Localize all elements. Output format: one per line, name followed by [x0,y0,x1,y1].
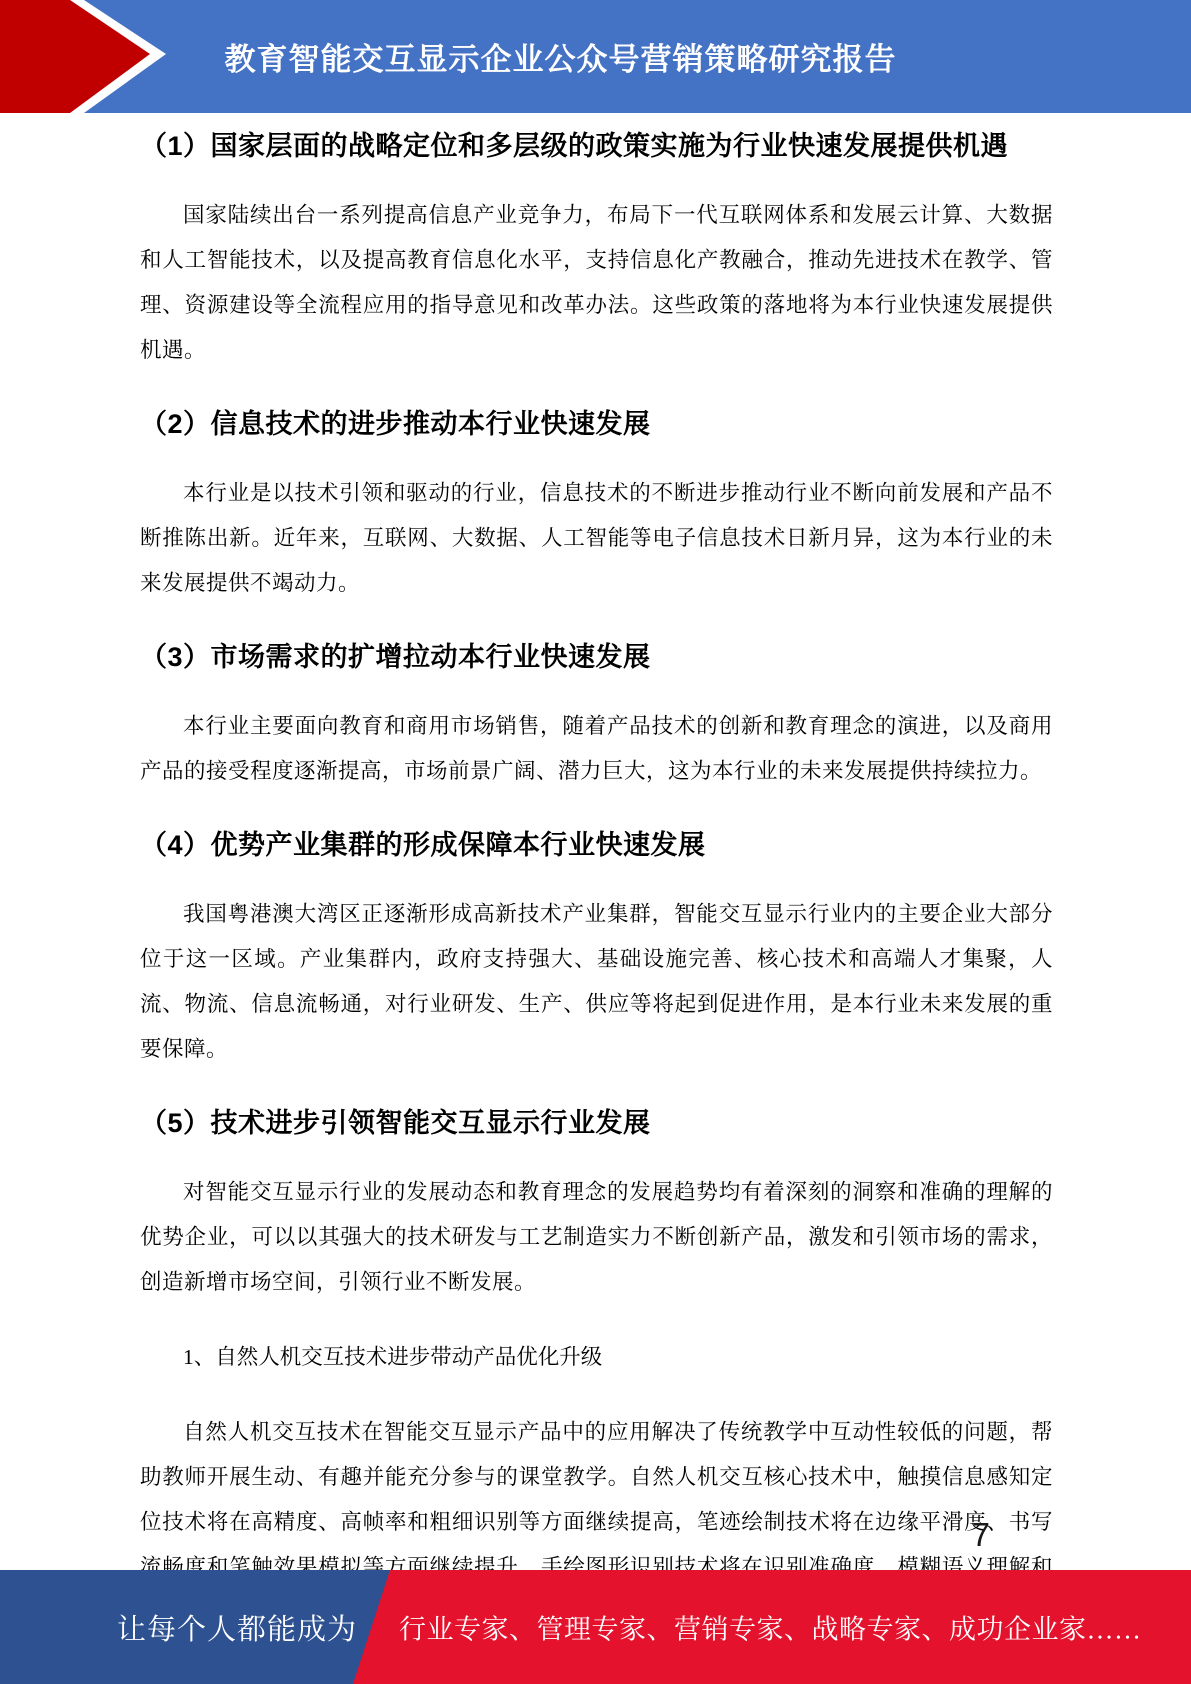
section-4-paragraph: 我国粤港澳大湾区正逐渐形成高新技术产业集群，智能交互显示行业内的主要企业大部分位… [140,892,1053,1072]
section-4-heading: （4）优势产业集群的形成保障本行业快速发展 [140,826,1053,864]
section-1-paragraph: 国家陆续出台一系列提高信息产业竞争力，布局下一代互联网体系和发展云计算、大数据和… [140,193,1053,373]
section-1-heading: （1）国家层面的战略定位和多层级的政策实施为行业快速发展提供机遇 [140,127,1053,165]
report-page: 教育智能交互显示企业公众号营销策略研究报告 （1）国家层面的战略定位和多层级的政… [0,0,1191,1684]
section-2-paragraph: 本行业是以技术引领和驱动的行业，信息技术的不断进步推动行业不断向前发展和产品不断… [140,471,1053,606]
section-5-paragraph: 对智能交互显示行业的发展动态和教育理念的发展趋势均有着深刻的洞察和准确的理解的优… [140,1170,1053,1305]
section-2-heading: （2）信息技术的进步推动本行业快速发展 [140,405,1053,443]
section-2: （2）信息技术的进步推动本行业快速发展 本行业是以技术引领和驱动的行业，信息技术… [140,405,1053,606]
section-5: （5）技术进步引领智能交互显示行业发展 对智能交互显示行业的发展动态和教育理念的… [140,1104,1053,1635]
section-4: （4）优势产业集群的形成保障本行业快速发展 我国粤港澳大湾区正逐渐形成高新技术产… [140,826,1053,1072]
page-header: 教育智能交互显示企业公众号营销策略研究报告 [0,0,1191,113]
footer-slogan-left: 让每个人都能成为 [117,1607,357,1648]
section-3-paragraph: 本行业主要面向教育和商用市场销售，随着产品技术的创新和教育理念的演进，以及商用产… [140,704,1053,794]
footer-blue-panel: 让每个人都能成为 [0,1570,390,1684]
report-title: 教育智能交互显示企业公众号营销策略研究报告 [0,0,1191,113]
section-3: （3）市场需求的扩增拉动本行业快速发展 本行业主要面向教育和商用市场销售，随着产… [140,638,1053,794]
page-footer: 让每个人都能成为 行业专家、管理专家、营销专家、战略专家、成功企业家…… [0,1570,1191,1684]
section-1: （1）国家层面的战略定位和多层级的政策实施为行业快速发展提供机遇 国家陆续出台一… [140,127,1053,373]
document-body: （1）国家层面的战略定位和多层级的政策实施为行业快速发展提供机遇 国家陆续出台一… [0,127,1191,1635]
footer-slogan-right: 行业专家、管理专家、营销专家、战略专家、成功企业家…… [399,1608,1142,1647]
section-5-heading: （5）技术进步引领智能交互显示行业发展 [140,1104,1053,1142]
page-number: 7 [972,1516,990,1554]
section-3-heading: （3）市场需求的扩增拉动本行业快速发展 [140,638,1053,676]
section-5-subheading: 1、自然人机交互技术进步带动产品优化升级 [140,1335,1053,1380]
